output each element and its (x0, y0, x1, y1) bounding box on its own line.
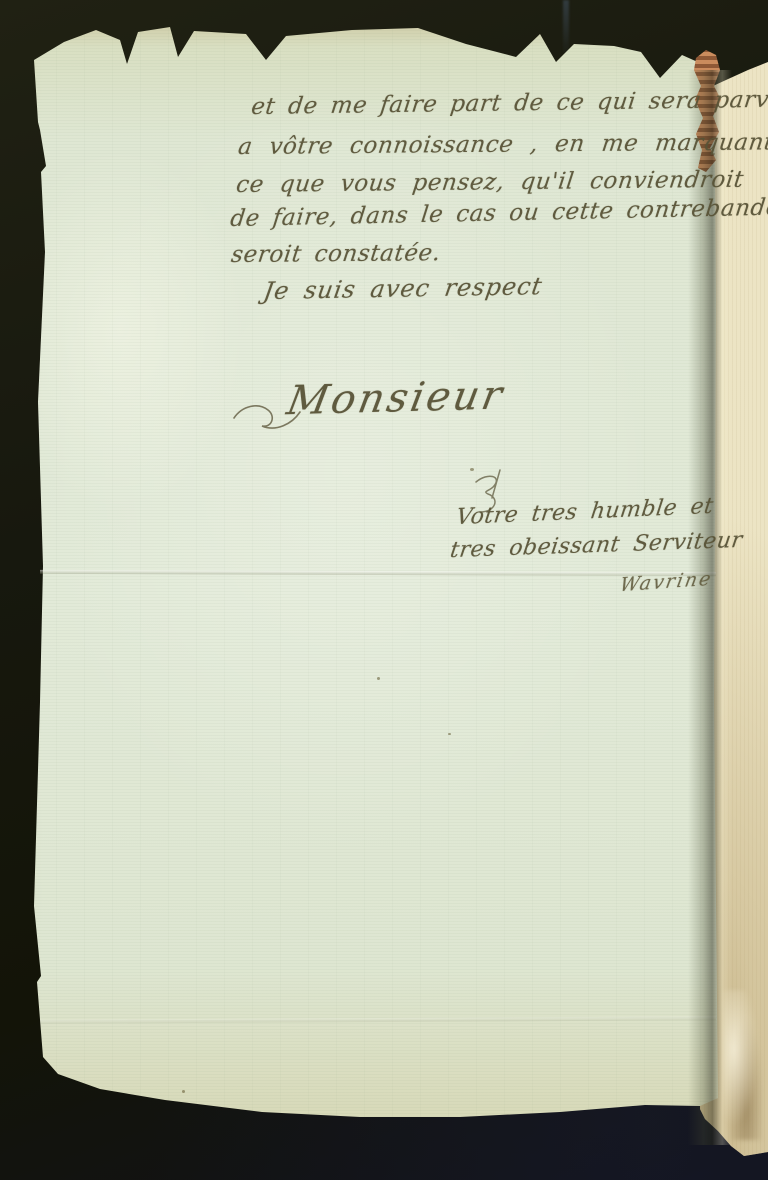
pen-flourish-icon (232, 388, 302, 438)
valediction-line: Je suis avec respect (262, 272, 545, 305)
body-line-4: de faire, dans le cas ou cette contreban… (229, 194, 768, 232)
handwriting-layer: et de me faire part de ce qui sera parve… (0, 0, 768, 1180)
closing-line-2: tres obeissant Serviteur (448, 528, 744, 563)
body-line-1: et de me faire part de ce qui sera parve… (250, 86, 768, 120)
archive-photo: et de me faire part de ce qui sera parve… (0, 0, 768, 1180)
signature: Wavrine (618, 568, 714, 597)
body-line-2: a vôtre connoissance , en me marquant (237, 129, 768, 160)
body-line-3: ce que vous pensez, qu'il conviendroit (235, 167, 746, 198)
closing-flourish-icon (462, 468, 522, 516)
body-line-5: seroit constatée. (230, 240, 443, 268)
salutation-line: Monsieur (283, 372, 508, 424)
